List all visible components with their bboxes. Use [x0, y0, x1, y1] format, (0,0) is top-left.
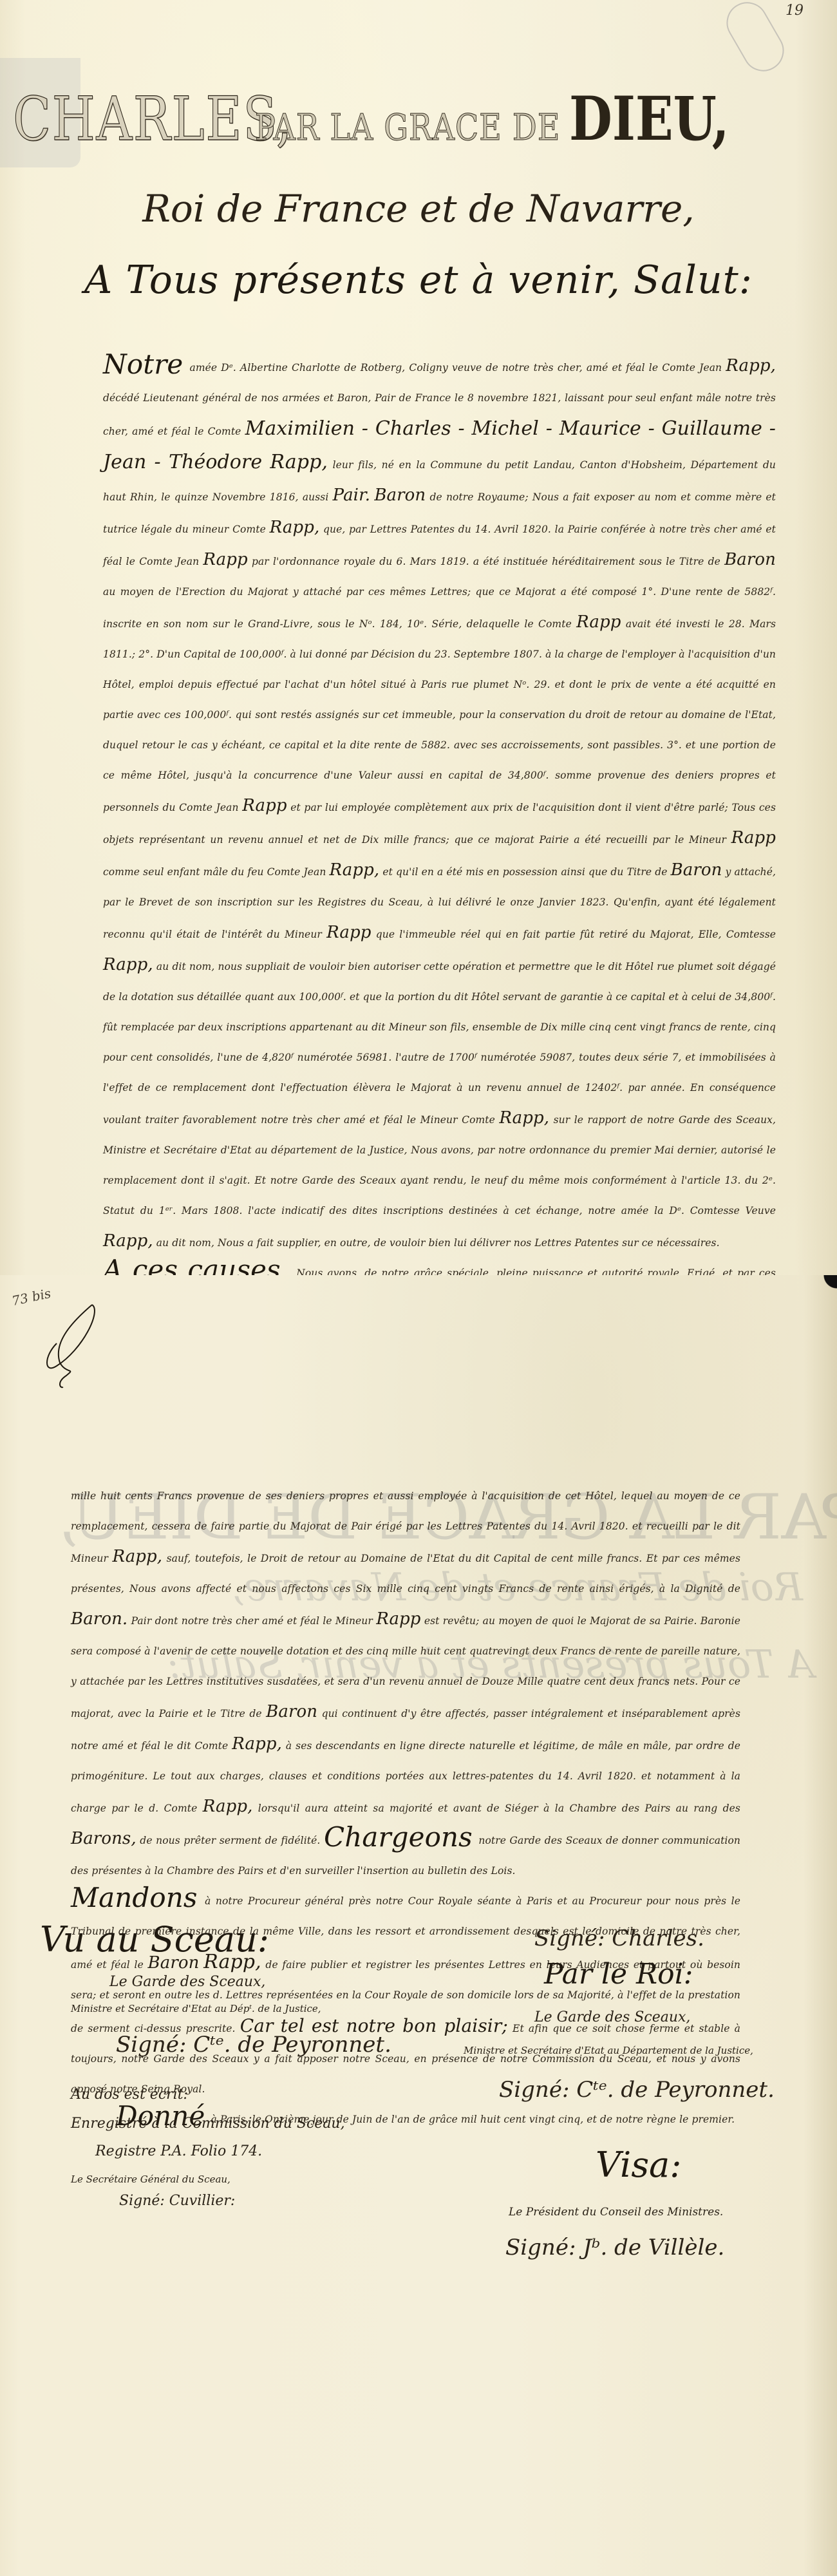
garde-des-sceaux-right: Le Garde des Sceaux, [534, 2009, 690, 2025]
text-segment: comme seul enfant mâle du feu Comte Jean [103, 866, 326, 878]
text-segment: amée Dᵉ. Albertine Charlotte de Rotberg,… [189, 362, 722, 374]
word-baron: Baron. [71, 1609, 127, 1629]
name-rapp: Rapp, [232, 1734, 282, 1754]
text-segment: au dit nom, nous suppliait de vouloir bi… [103, 961, 776, 1126]
text-segment: est revêtu; au moyen de quoi le Majorat … [71, 1615, 740, 1719]
word-chargeons: Chargeons [324, 1821, 473, 1853]
text-segment: Pair dont notre très cher amé et féal le… [131, 1615, 373, 1627]
word-mandons: Mandons [71, 1882, 198, 1913]
name-rapp: Rapp [326, 923, 371, 942]
text-segment: que l'immeuble réel qui en fait partie f… [376, 929, 776, 940]
name-rapp: Rapp, [330, 860, 380, 880]
signature-peyronnet-right: Signé: Cᵗᵉ. de Peyronnet. [499, 2077, 775, 2103]
signature-cuvillier: Signé: Cuvillier: [119, 2193, 235, 2209]
ministre-left: Ministre et Secrétaire d'Etat au Dépᵗ. d… [71, 2003, 321, 2014]
paraph-flourish-icon [31, 1298, 115, 1395]
name-rapp: Rapp [376, 1609, 420, 1629]
word-baron: Baron [266, 1702, 317, 1721]
word-pair: Pair. [333, 486, 370, 505]
text-segment: et qu'il en a été mis en possession ains… [382, 866, 667, 878]
name-rapp: Rapp [203, 550, 247, 569]
name-rapp: Rapp, [103, 955, 153, 974]
word-barons: Barons, [71, 1829, 136, 1848]
ministre-right: Ministre et Secrétaire d'Etat au Départe… [464, 2045, 753, 2056]
initial-a-ces-causes: A ces causes, [103, 1254, 289, 1275]
text-segment: avait été investi le 28. Mars 1811.; 2°.… [103, 618, 776, 813]
garde-des-sceaux-left: Le Garde des Sceaux, [109, 1974, 265, 1990]
name-rapp: Rapp, [726, 356, 776, 375]
title-roi-de-france: Roi de France et de Navarre, [0, 187, 837, 231]
text-segment: au dit nom, Nous a fait supplier, en out… [156, 1237, 720, 1249]
signature-charles: Signé: Charles. [534, 1926, 704, 1951]
title-salut: A Tous présents et à venir, Salut: [0, 258, 837, 303]
name-rapp: Rapp [731, 828, 776, 848]
president-conseil: Le Président du Conseil des Ministres. [509, 2206, 723, 2219]
signature-peyronnet-left: Signé: Cᵗᵉ. de Peyronnet. [116, 2032, 391, 2058]
text-segment: sauf, toutefois, le Droit de retour au D… [71, 1553, 740, 1595]
body-text-page-1: Notre amée Dᵉ. Albertine Charlotte de Ro… [103, 351, 776, 1275]
document-page-2: CHARLES, PAR LA GRACE DE DIEU, Roi de Fr… [0, 1275, 837, 2576]
name-rapp: Rapp [242, 796, 287, 815]
name-rapp: Rapp, [203, 1797, 253, 1816]
text-segment: lorsqu'il aura atteint sa majorité et av… [258, 1803, 740, 1814]
signature-villele: Signé: Jᵇ. de Villèle. [505, 2235, 724, 2260]
word-baron: Baron [671, 860, 722, 880]
secretaire-general: Le Secrétaire Général du Sceau, [71, 2173, 230, 2185]
par-le-roi: Par le Roi: [544, 1958, 693, 1991]
enregistre-commission: Enregistré à la Commission du Sceau, [71, 2116, 345, 2132]
word-baron: Baron [724, 550, 776, 569]
pencil-mark [719, 0, 791, 79]
registre-folio: Registre P.A. Folio 174. [95, 2143, 262, 2159]
initial-notre: Notre [103, 348, 183, 380]
name-rapp: Rapp, [270, 518, 320, 537]
name-rapp: Rapp, [103, 1231, 153, 1251]
text-segment: sur le rapport de notre Garde des Sceaux… [103, 1114, 776, 1217]
name-rapp: Rapp, [112, 1547, 162, 1566]
document-page-1: 19 CHARLES,PAR LA GRACE DEDIEU, Roi de F… [0, 0, 837, 1275]
title-king: CHARLES,PAR LA GRACE DEDIEU, [13, 84, 824, 155]
text-segment: de nous prêter serment de fidélité. [140, 1835, 320, 1846]
au-dos-est-ecrit: Au dos est écrit: [71, 2087, 188, 2103]
title-par-la-grace: PAR LA GRACE DE [255, 107, 560, 149]
vu-au-sceau-heading: Vu au Sceau: [40, 1919, 269, 1960]
visa-heading: Visa: [596, 2145, 681, 2185]
name-rapp: Rapp [576, 612, 621, 632]
name-rapp: Rapp, [499, 1108, 549, 1128]
word-baron: Baron [374, 486, 426, 505]
title-charles: CHARLES, [13, 84, 293, 155]
title-dieu: DIEU, [569, 84, 729, 155]
text-segment: par l'ordonnance royale du 6. Mars 1819.… [252, 556, 720, 567]
folio-number: 19 [785, 3, 804, 19]
